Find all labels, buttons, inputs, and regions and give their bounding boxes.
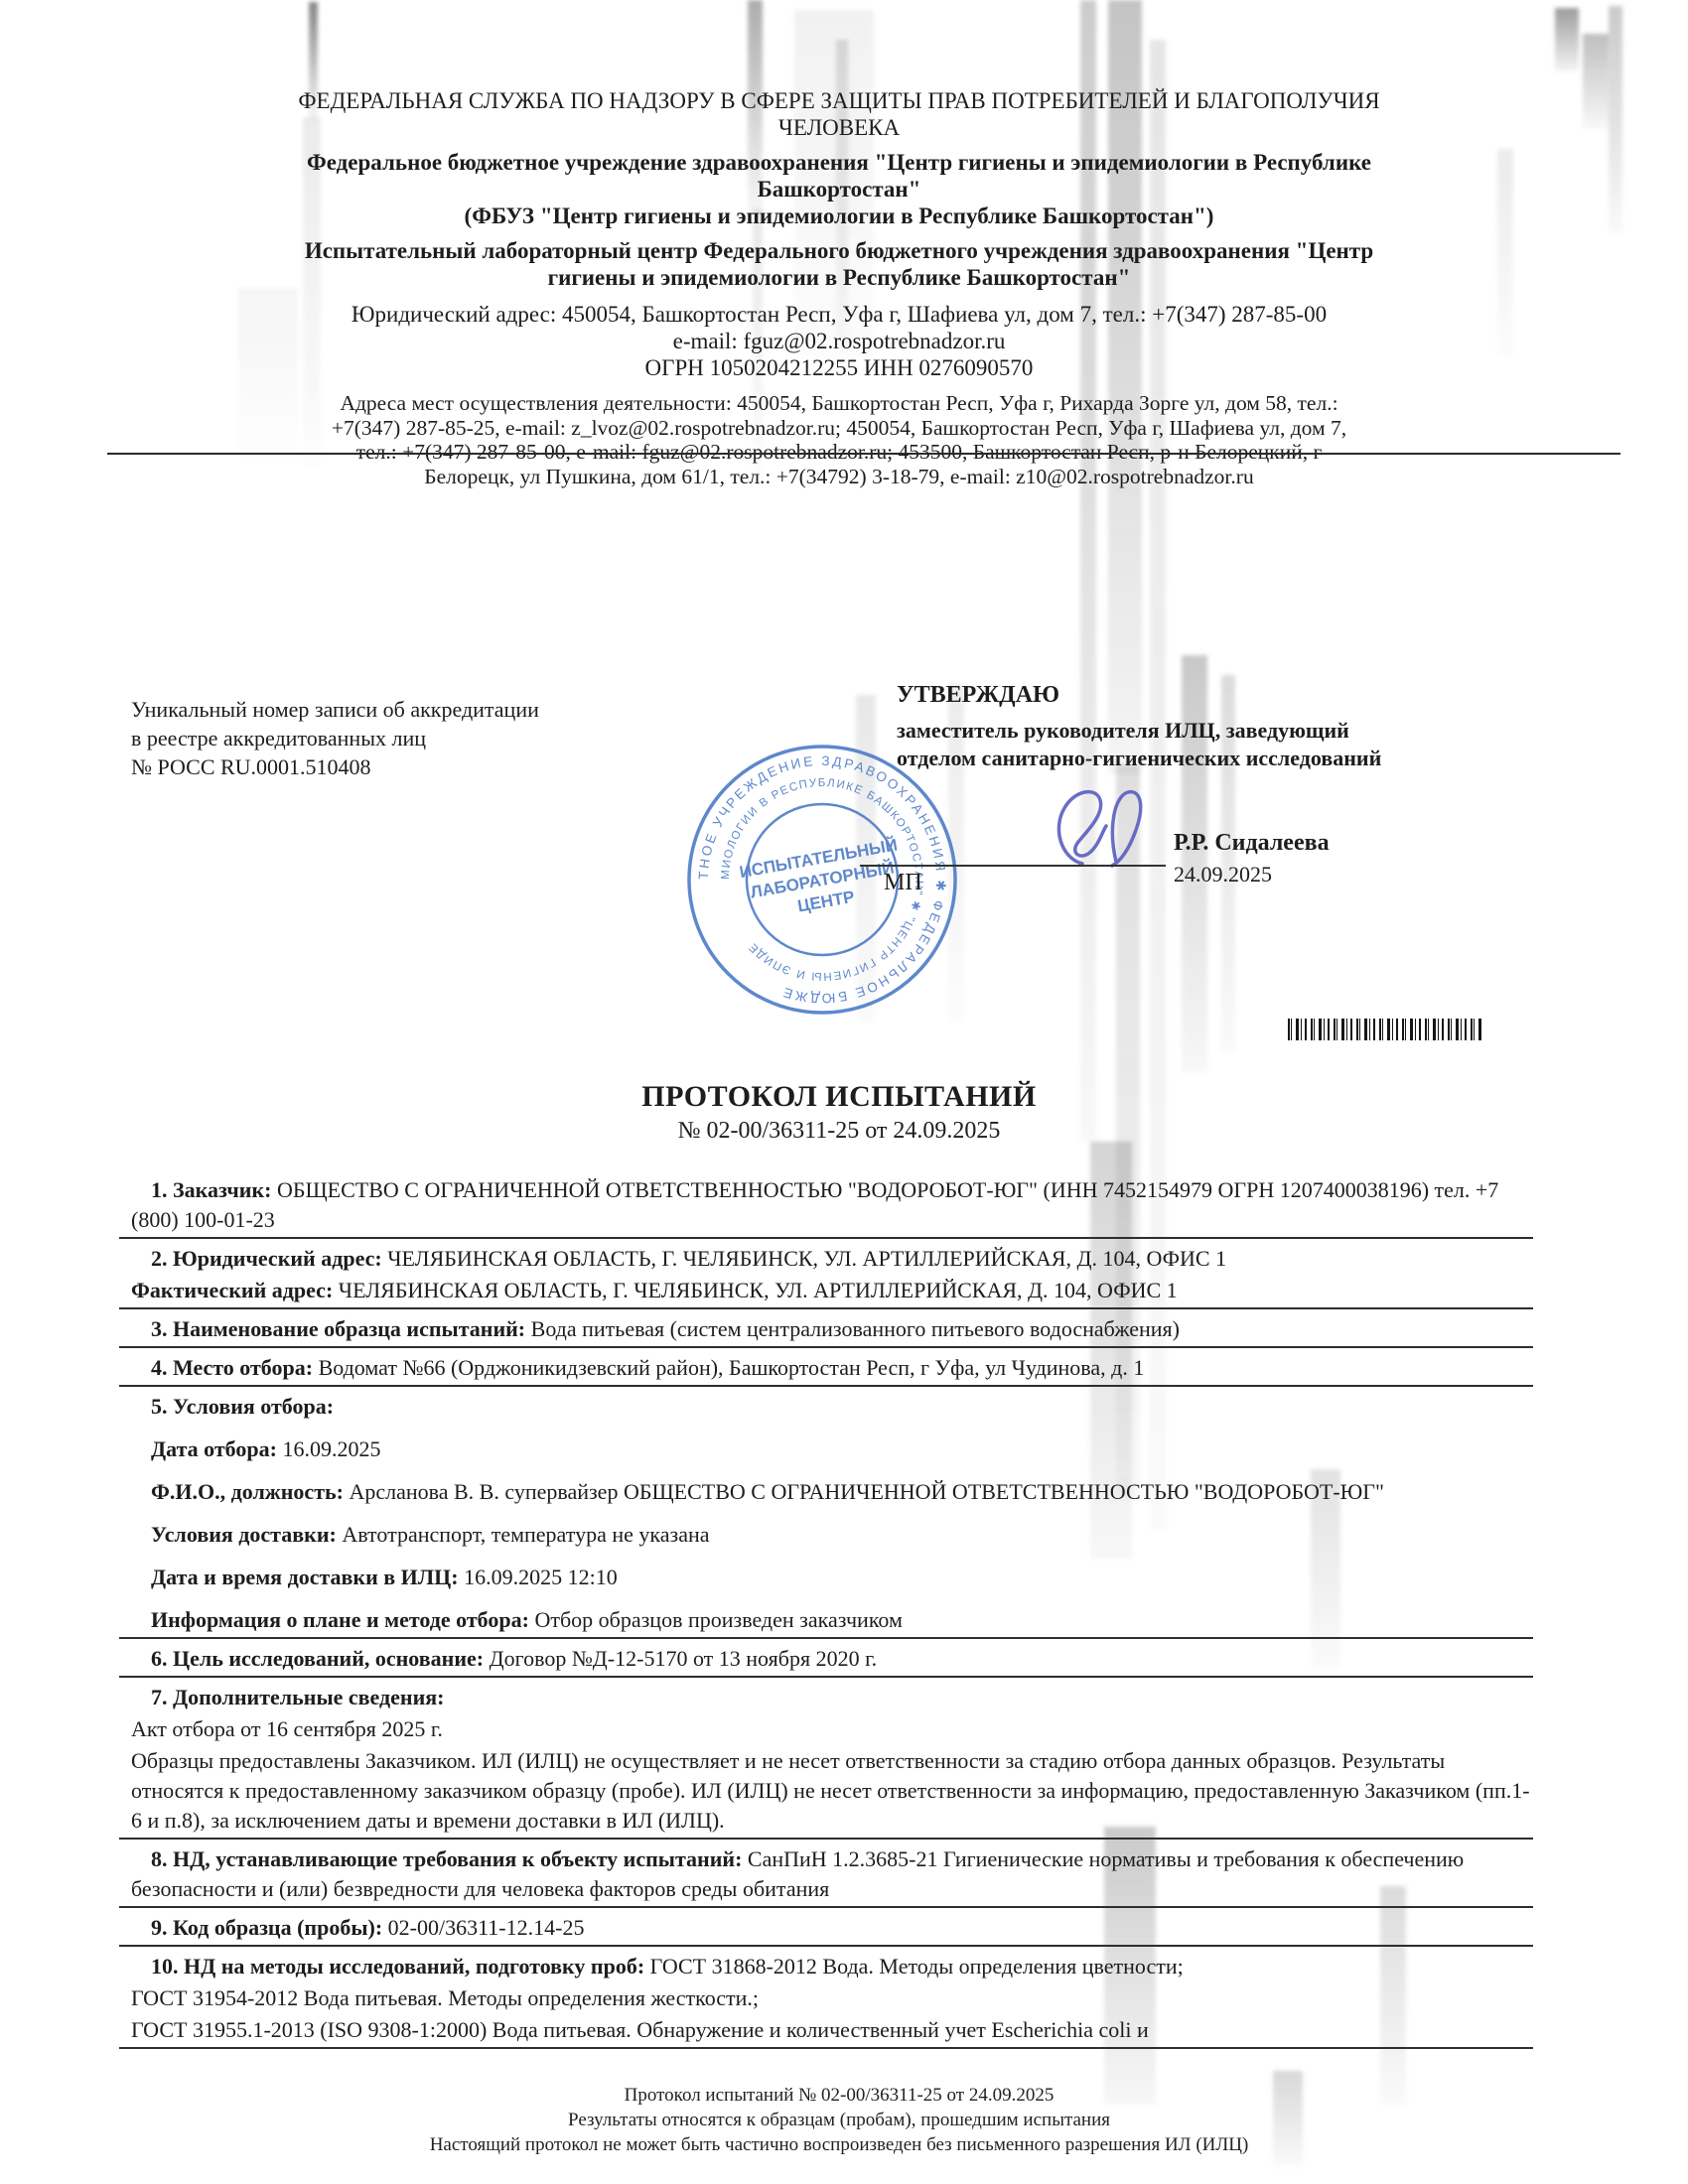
delivery-datetime-row: Дата и время доставки в ИЛЦ: 16.09.2025 … xyxy=(119,1563,1533,1592)
section-label: 3. Наименование образца испытаний: xyxy=(151,1316,525,1341)
sampling-date-row: Дата отбора: 16.09.2025 xyxy=(119,1434,1533,1464)
sampling-act-line: Акт отбора от 16 сентября 2025 г. xyxy=(119,1714,1533,1744)
section-value: Вода питьевая (систем централизованного … xyxy=(525,1316,1180,1341)
section-label: 1. Заказчик: xyxy=(151,1177,271,1202)
section-value: Договор №Д-12-5170 от 13 ноября 2020 г. xyxy=(484,1646,877,1671)
section-value: Автотранспорт, температура не указана xyxy=(337,1522,710,1547)
approver-position-line: отделом санитарно-гигиенических исследов… xyxy=(897,745,1381,772)
section-value: 16.09.2025 xyxy=(277,1436,381,1461)
section-value: ГОСТ 31868-2012 Вода. Методы определения… xyxy=(644,1954,1184,1979)
lab-center-line: гигиены и эпидемиологии в Республике Баш… xyxy=(149,264,1529,291)
approver-position-line: заместитель руководителя ИЛЦ, заведующий xyxy=(897,717,1381,745)
scan-streak xyxy=(1555,8,1579,71)
section-value: Отбор образцов произведен заказчиком xyxy=(529,1607,903,1632)
section-value: 16.09.2025 12:10 xyxy=(459,1565,618,1589)
letterhead: ФЕДЕРАЛЬНАЯ СЛУЖБА ПО НАДЗОРУ В СФЕРЕ ЗА… xyxy=(149,87,1529,488)
footer-copy-note: Настоящий протокол не может быть частичн… xyxy=(149,2132,1529,2157)
section-label: 10. НД на методы исследований, подготовк… xyxy=(151,1954,644,1979)
stamp-center-text: ИСПЫТАТЕЛЬНЫЙ ЛАБОРАТОРНЫЙ ЦЕНТР xyxy=(738,835,907,924)
section-value: Арсланова В. В. супервайзер ОБЩЕСТВО С О… xyxy=(344,1479,1384,1504)
section-label: 2. Юридический адрес: xyxy=(151,1246,382,1271)
section-label: Дата и время доставки в ИЛЦ: xyxy=(151,1565,459,1589)
lab-center-line: Испытательный лабораторный центр Федерал… xyxy=(149,237,1529,264)
accreditation-line: в реестре аккредитованных лиц xyxy=(131,724,539,752)
footer-protocol-ref: Протокол испытаний № 02-00/36311-25 от 2… xyxy=(149,2083,1529,2108)
header-divider xyxy=(107,453,1620,455)
federal-service-line: ЧЕЛОВЕКА xyxy=(149,114,1529,141)
section-label: 7. Дополнительные сведения: xyxy=(151,1685,444,1709)
section-additional-info: 7. Дополнительные сведения: xyxy=(119,1683,1533,1712)
signature-stroke xyxy=(1045,780,1184,889)
section-label: 6. Цель исследований, основание: xyxy=(151,1646,484,1671)
accreditation-line: Уникальный номер записи об аккредитации xyxy=(131,695,539,724)
sampler-name-row: Ф.И.О., должность: Арсланова В. В. супер… xyxy=(119,1477,1533,1507)
sign-date: 24.09.2025 xyxy=(1174,862,1272,887)
section-label: 8. НД, устанавливающие требования к объе… xyxy=(151,1846,742,1871)
protocol-title-block: ПРОТОКОЛ ИСПЫТАНИЙ № 02-00/36311-25 от 2… xyxy=(149,1080,1529,1145)
protocol-number: № 02-00/36311-25 от 24.09.2025 xyxy=(149,1118,1529,1145)
method-line: ГОСТ 31954-2012 Вода питьевая. Методы оп… xyxy=(119,1983,1533,2013)
scan-streak xyxy=(1609,6,1622,234)
org-name-line: Башкортостан" xyxy=(149,176,1529,203)
scanned-protocol-page: ФЕДЕРАЛЬНАЯ СЛУЖБА ПО НАДЗОРУ В СФЕРЕ ЗА… xyxy=(0,0,1688,2184)
section-value: ОБЩЕСТВО С ОГРАНИЧЕННОЙ ОТВЕТСТВЕННОСТЬЮ… xyxy=(131,1177,1498,1232)
section-value: ЧЕЛЯБИНСКАЯ ОБЛАСТЬ, Г. ЧЕЛЯБИНСК, УЛ. А… xyxy=(382,1246,1226,1271)
legal-address: Юридический адрес: 450054, Башкортостан … xyxy=(149,301,1529,328)
section-value: ЧЕЛЯБИНСКАЯ ОБЛАСТЬ, Г. ЧЕЛЯБИНСК, УЛ. А… xyxy=(333,1278,1177,1302)
section-label: Условия доставки: xyxy=(151,1522,337,1547)
section-sample-code: 9. Код образца (пробы): 02-00/36311-12.1… xyxy=(119,1913,1533,1947)
org-email: e-mail: fguz@02.rospotrebnadzor.ru xyxy=(149,328,1529,354)
disclaimer-paragraph: Образцы предоставлены Заказчиком. ИЛ (ИЛ… xyxy=(119,1746,1533,1840)
page-footer: Протокол испытаний № 02-00/36311-25 от 2… xyxy=(149,2083,1529,2157)
delivery-conditions-row: Условия доставки: Автотранспорт, темпера… xyxy=(119,1520,1533,1550)
org-short-name: (ФБУЗ "Центр гигиены и эпидемиологии в Р… xyxy=(149,203,1529,229)
approval-block: УТВЕРЖДАЮ заместитель руководителя ИЛЦ, … xyxy=(897,681,1381,772)
barcode xyxy=(1288,1019,1482,1040)
section-label: Дата отбора: xyxy=(151,1436,277,1461)
sampling-plan-row: Информация о плане и методе отбора: Отбо… xyxy=(119,1605,1533,1639)
section-label: Ф.И.О., должность: xyxy=(151,1479,344,1504)
section-legal-address: 2. Юридический адрес: ЧЕЛЯБИНСКАЯ ОБЛАСТ… xyxy=(119,1244,1533,1274)
footer-results-note: Результаты относятся к образцам (пробам)… xyxy=(149,2108,1529,2132)
accreditation-number: № РОСС RU.0001.510408 xyxy=(131,752,539,781)
section-actual-address: Фактический адрес: ЧЕЛЯБИНСКАЯ ОБЛАСТЬ, … xyxy=(119,1276,1533,1309)
org-name-line: Федеральное бюджетное учреждение здравоо… xyxy=(149,149,1529,176)
section-customer: 1. Заказчик: ОБЩЕСТВО С ОГРАНИЧЕННОЙ ОТВ… xyxy=(119,1175,1533,1239)
protocol-title: ПРОТОКОЛ ИСПЫТАНИЙ xyxy=(149,1080,1529,1114)
section-label: Фактический адрес: xyxy=(131,1278,333,1302)
section-value: 02-00/36311-12.14-25 xyxy=(382,1915,584,1940)
section-value: Водомат №66 (Орджоникидзевский район), Б… xyxy=(313,1355,1144,1380)
section-requirements: 8. НД, устанавливающие требования к объе… xyxy=(119,1844,1533,1908)
scan-streak xyxy=(1583,34,1609,129)
section-label: Информация о плане и методе отбора: xyxy=(151,1607,529,1632)
section-label: 5. Условия отбора: xyxy=(151,1394,334,1419)
method-line: ГОСТ 31955.1-2013 (ISO 9308-1:2000) Вода… xyxy=(119,2015,1533,2049)
accreditation-block: Уникальный номер записи об аккредитации … xyxy=(131,695,539,781)
signer-name: Р.Р. Сидалеева xyxy=(1174,830,1330,857)
section-purpose: 6. Цель исследований, основание: Договор… xyxy=(119,1644,1533,1678)
section-sampling-place: 4. Место отбора: Водомат №66 (Орджоникид… xyxy=(119,1353,1533,1387)
signature-line xyxy=(860,865,1166,867)
protocol-body: 1. Заказчик: ОБЩЕСТВО С ОГРАНИЧЕННОЙ ОТВ… xyxy=(119,1173,1533,2054)
section-methods: 10. НД на методы исследований, подготовк… xyxy=(119,1952,1533,1981)
ogrn-inn: ОГРН 1050204212255 ИНН 0276090570 xyxy=(149,354,1529,381)
activity-address-line: +7(347) 287-85-25, e-mail: z_lvoz@02.ros… xyxy=(149,416,1529,441)
section-sample-name: 3. Наименование образца испытаний: Вода … xyxy=(119,1314,1533,1348)
stamp-place-note: МП xyxy=(884,870,922,896)
activity-address-line: Белорецк, ул Пушкина, дом 61/1, тел.: +7… xyxy=(149,465,1529,489)
section-sampling-conditions: 5. Условия отбора: xyxy=(119,1392,1533,1422)
federal-service-line: ФЕДЕРАЛЬНАЯ СЛУЖБА ПО НАДЗОРУ В СФЕРЕ ЗА… xyxy=(149,87,1529,114)
section-label: 9. Код образца (пробы): xyxy=(151,1915,382,1940)
section-label: 4. Место отбора: xyxy=(151,1355,313,1380)
approval-title: УТВЕРЖДАЮ xyxy=(897,681,1381,709)
activity-address-line: Адреса мест осуществления деятельности: … xyxy=(149,391,1529,416)
